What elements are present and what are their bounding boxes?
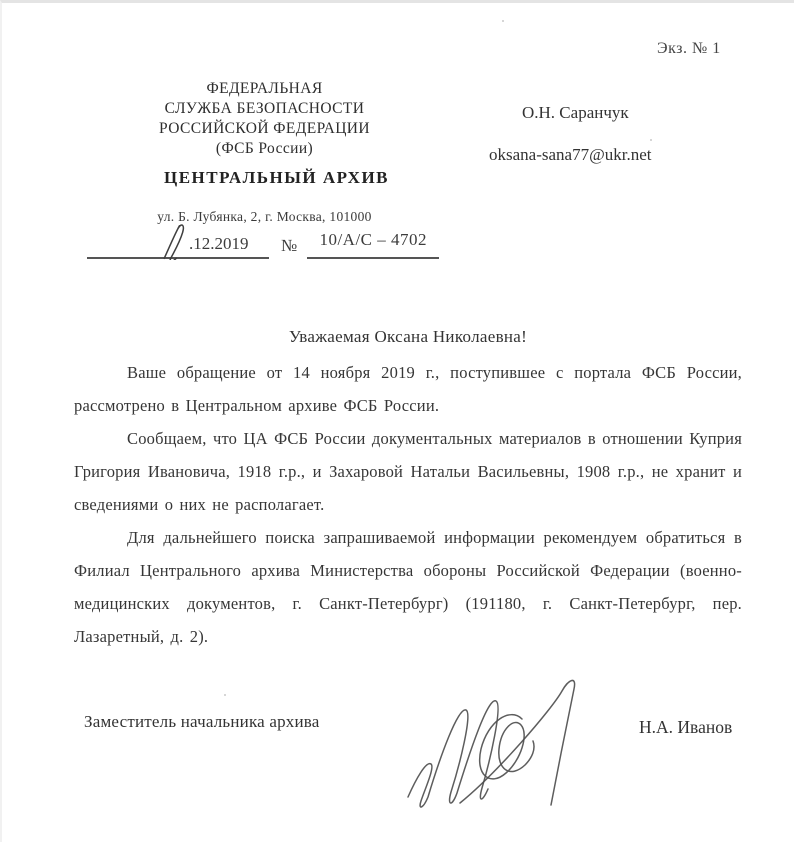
letter-page: Экз. № 1 ФЕДЕРАЛЬНАЯ СЛУЖБА БЕЗОПАСНОСТИ… xyxy=(0,0,794,842)
document-number: 10/А/С – 4702 xyxy=(307,225,439,259)
signer-name: Н.А. Иванов xyxy=(639,717,732,738)
org-line: РОССИЙСКОЙ ФЕДЕРАЦИИ xyxy=(97,119,432,139)
paragraph-1: Ваше обращение от 14 ноября 2019 г., пос… xyxy=(74,356,742,422)
scan-speck xyxy=(224,694,226,696)
letterhead-org: ФЕДЕРАЛЬНАЯ СЛУЖБА БЕЗОПАСНОСТИ РОССИЙСК… xyxy=(97,79,432,159)
number-sign: № xyxy=(281,236,297,259)
reference-line: .12.2019 № 10/А/С – 4702 xyxy=(87,225,439,261)
org-line: (ФСБ России) xyxy=(97,139,432,159)
scan-speck xyxy=(650,139,652,141)
signature-autograph xyxy=(402,661,598,811)
salutation: Уважаемая Оксана Николаевна! xyxy=(74,327,742,347)
org-address: ул. Б. Лубянка, 2, г. Москва, 101000 xyxy=(97,209,432,225)
scan-speck xyxy=(502,20,504,22)
department-name: ЦЕНТРАЛЬНЫЙ АРХИВ xyxy=(164,168,389,188)
recipient-name: О.Н. Саранчук xyxy=(522,103,629,123)
recipient-email: oksana-sana77@ukr.net xyxy=(489,145,651,165)
paragraph-2: Сообщаем, что ЦА ФСБ России документальн… xyxy=(74,422,742,521)
date-text: .12.2019 xyxy=(189,234,249,254)
letter-body: Ваше обращение от 14 ноября 2019 г., пос… xyxy=(74,356,742,653)
paragraph-3: Для дальнейшего поиска запрашиваемой инф… xyxy=(74,521,742,653)
org-line: ФЕДЕРАЛЬНАЯ xyxy=(97,79,432,99)
signer-title: Заместитель начальника архива xyxy=(84,712,320,732)
copy-number: Экз. № 1 xyxy=(657,40,721,58)
date-field: .12.2019 xyxy=(87,225,269,259)
handwritten-day xyxy=(161,222,187,260)
org-line: СЛУЖБА БЕЗОПАСНОСТИ xyxy=(97,99,432,119)
